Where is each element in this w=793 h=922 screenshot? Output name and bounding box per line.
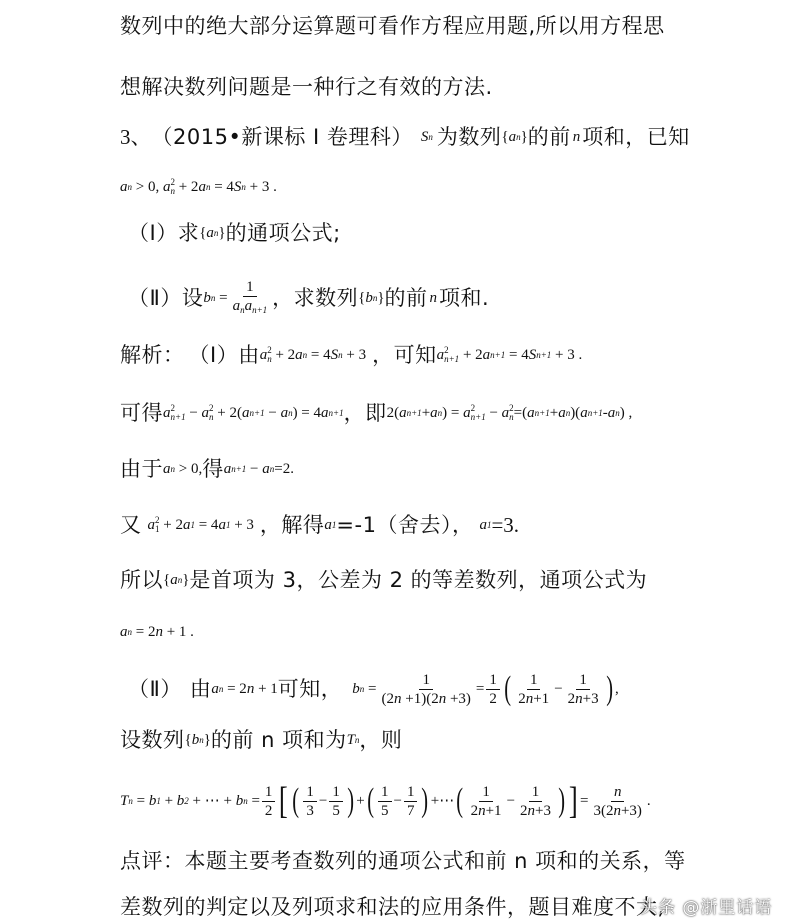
problem-number: 3、 [120, 122, 152, 152]
problem-condition: an > 0, a2n + 2an = 4Sn + 3 . [120, 172, 277, 202]
intro-line-1: 数列中的绝大部分运算题可看作方程应用题,所以用方程思 [120, 11, 665, 41]
math-bn-def: bn = 1anan+1 [203, 278, 272, 319]
comment-line-1: 点评：本题主要考查数列的通项公式和前 n 项和的关系，等 [120, 846, 686, 876]
solution-line-1: 解析： （Ⅰ） 由 a2n + 2an = 4Sn + 3 ，可知 a2n+1 … [120, 340, 582, 370]
problem-source: （2015•新课标 I 卷理科） [152, 122, 413, 152]
solution-line-8: 设数列 {bn} 的前 n 项和为 Tn ，则 [120, 725, 402, 755]
solution-line-3: 由于 an > 0, 得 an+1 − an =2. [120, 454, 294, 484]
math-condition: an > 0, a2n + 2an = 4Sn + 3 . [120, 172, 277, 202]
problem-stem: 3、 （2015•新课标 I 卷理科） Sn 为数列 {an} 的前 n 项和，… [120, 122, 690, 152]
problem-part-2: （Ⅱ） 设 bn = 1anan+1 ，求数列 {bn} 的前 n 项和. [128, 276, 489, 320]
math-Sn: Sn [421, 122, 433, 152]
solution-line-5: 所以 {an} 是首项为 3，公差为 2 的等差数列，通项公式为 [120, 565, 647, 595]
watermark: 头条 @浙里话语 [640, 893, 772, 918]
comment-line-2: 差数列的判定以及列项求和法的应用条件，题目难度不大, [120, 892, 665, 922]
problem-part-1: （Ⅰ） 求 {an} 的通项公式; [128, 218, 341, 248]
solution-tn-formula: Tn = b1 + b2 + ⋯ + bn = 12 [( 13− 15 )+(… [120, 778, 651, 824]
math-set-an: {an} [501, 122, 527, 152]
document-page: 数列中的绝大部分运算题可看作方程应用题,所以用方程思 想解决数列问题是一种行之有… [0, 0, 793, 922]
solution-label: 解析： [120, 340, 185, 370]
solution-line-7: （Ⅱ） 由 an = 2n + 1 可知， bn = 1(2n +1)(2n +… [128, 666, 619, 712]
math-bn-decomposition: bn = 1(2n +1)(2n +3)= 12 ( 12n+1− 12n+3 … [352, 671, 618, 708]
solution-line-2: 可得 a2n+1 − a2n + 2(an+1 − an) = 4an+1 ，即… [120, 398, 632, 428]
solution-line-6: an = 2n + 1 . [120, 617, 194, 647]
intro-line-2: 想解决数列问题是一种行之有效的方法. [120, 72, 493, 102]
solution-line-4: 又 a21 + 2a1 = 4a1 + 3 ，解得 a1 =-1（舍去）， a1… [120, 510, 519, 540]
